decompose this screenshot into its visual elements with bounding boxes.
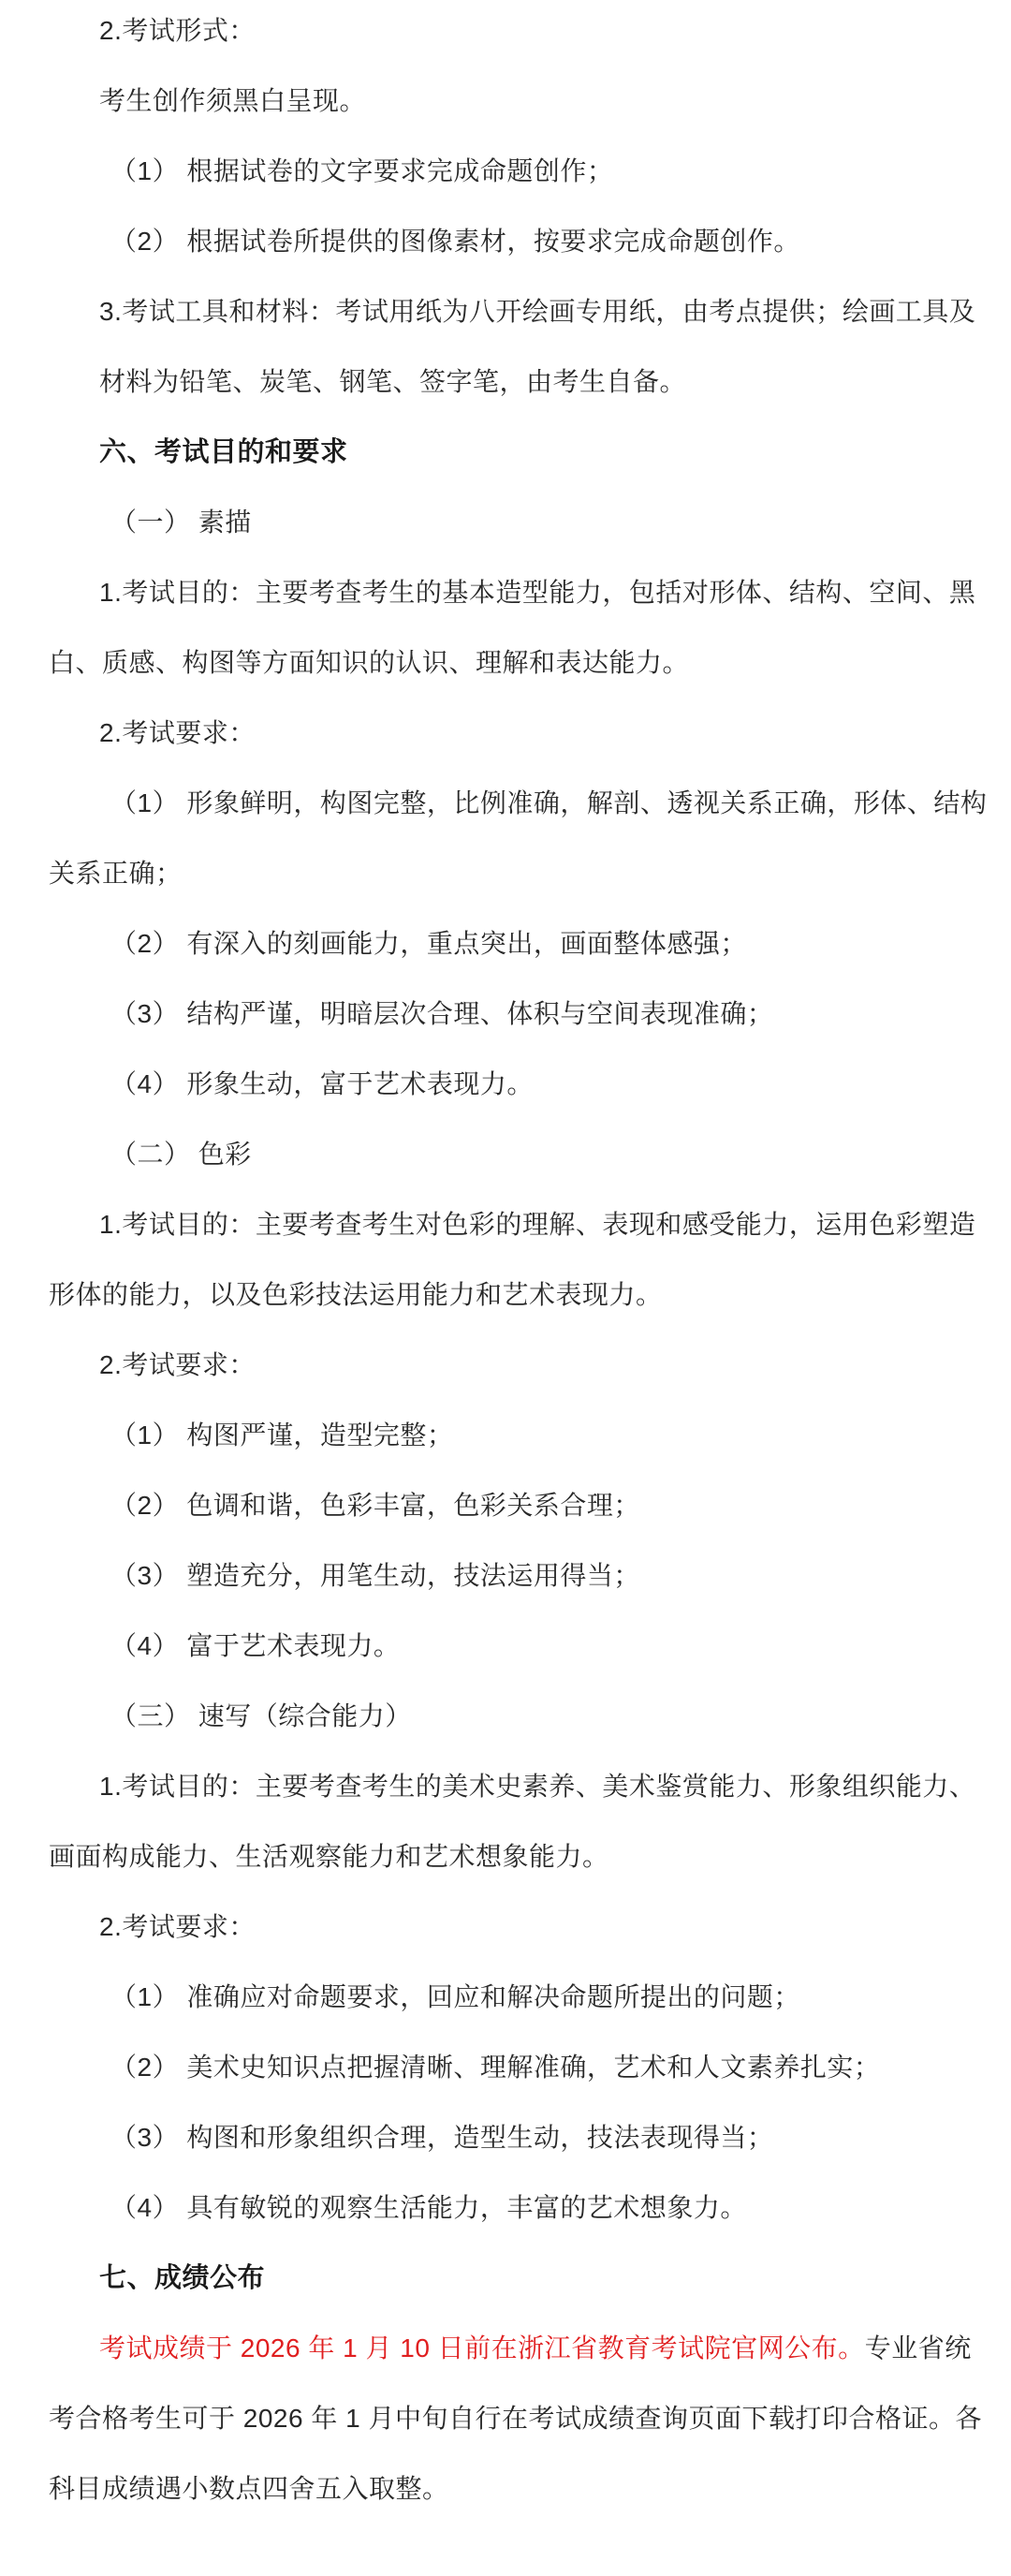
text-segment: （二） 色彩 — [110, 1140, 252, 1169]
text-segment: （2） 色调和谐，色彩丰富，色彩关系合理； — [110, 1491, 640, 1520]
text-segment: 画面构成能力、生活观察能力和艺术想象能力。 — [49, 1842, 609, 1871]
text-line: （3） 结构严谨，明暗层次合理、体积与空间表现准确； — [0, 998, 1011, 1068]
text-segment: 材料为铅笔、炭笔、钢笔、签字笔，由考生自备。 — [99, 367, 686, 396]
text-segment: （3） 塑造充分，用笔生动，技法运用得当； — [110, 1561, 640, 1590]
text-line: 考合格考生可于 2026 年 1 月中旬自行在考试成绩查询页面下载打印合格证。各 — [0, 2403, 1011, 2473]
text-line: 白、质感、构图等方面知识的认识、理解和表达能力。 — [0, 647, 1011, 717]
text-segment: 1.考试目的：主要考查考生的美术史素养、美术鉴赏能力、形象组织能力、 — [99, 1772, 975, 1801]
text-line: （1） 根据试卷的文字要求完成命题创作； — [0, 155, 1011, 226]
text-line: （3） 塑造充分，用笔生动，技法运用得当； — [0, 1560, 1011, 1630]
section-heading: 六、考试目的和要求 — [0, 436, 1011, 507]
text-line: 2.考试形式： — [0, 15, 1011, 85]
text-line: 2.考试要求： — [0, 717, 1011, 788]
text-segment: （4） 具有敏锐的观察生活能力，丰富的艺术想象力。 — [110, 2193, 747, 2222]
text-line: 1.考试目的：主要考查考生的基本造型能力，包括对形体、结构、空间、黑 — [0, 577, 1011, 647]
text-line: （一） 素描 — [0, 507, 1011, 577]
text-line: 1.考试目的：主要考查考生的美术史素养、美术鉴赏能力、形象组织能力、 — [0, 1771, 1011, 1841]
text-segment: （4） 形象生动，富于艺术表现力。 — [110, 1069, 534, 1098]
text-segment: 专业省统 — [865, 2333, 972, 2363]
text-segment: 2.考试要求： — [99, 1912, 256, 1941]
text-line: （4） 富于艺术表现力。 — [0, 1630, 1011, 1700]
text-line: （4） 形象生动，富于艺术表现力。 — [0, 1068, 1011, 1139]
text-line: 科目成绩遇小数点四舍五入取整。 — [0, 2473, 1011, 2543]
text-line: 考生创作须黑白呈现。 — [0, 85, 1011, 155]
text-line: （二） 色彩 — [0, 1139, 1011, 1209]
text-segment: 考生创作须黑白呈现。 — [99, 86, 366, 115]
text-segment: 3.考试工具和材料：考试用纸为八开绘画专用纸，由考点提供；绘画工具及 — [99, 297, 975, 326]
text-line: 画面构成能力、生活观察能力和艺术想象能力。 — [0, 1841, 1011, 1911]
text-line: 3.考试工具和材料：考试用纸为八开绘画专用纸，由考点提供；绘画工具及 — [0, 296, 1011, 366]
text-line: （1） 准确应对命题要求，回应和解决命题所提出的问题； — [0, 1981, 1011, 2052]
text-segment: （3） 构图和形象组织合理，造型生动，技法表现得当； — [110, 2123, 773, 2152]
text-line: 形体的能力，以及色彩技法运用能力和艺术表现力。 — [0, 1279, 1011, 1349]
text-line: 考试成绩于 2026 年 1 月 10 日前在浙江省教育考试院官网公布。专业省统 — [0, 2333, 1011, 2403]
text-segment: （4） 富于艺术表现力。 — [110, 1631, 400, 1660]
text-segment: （1） 根据试卷的文字要求完成命题创作； — [110, 156, 613, 185]
text-segment: （2） 根据试卷所提供的图像素材，按要求完成命题创作。 — [110, 227, 800, 256]
text-line: 1.考试目的：主要考查考生对色彩的理解、表现和感受能力，运用色彩塑造 — [0, 1209, 1011, 1279]
text-segment: （2） 有深入的刻画能力，重点突出，画面整体感强； — [110, 929, 747, 958]
text-line: （2） 美术史知识点把握清晰、理解准确，艺术和人文素养扎实； — [0, 2052, 1011, 2122]
text-line: 关系正确； — [0, 858, 1011, 928]
text-line: 2.考试要求： — [0, 1349, 1011, 1420]
text-segment: （1） 形象鲜明，构图完整，比例准确，解剖、透视关系正确，形体、结构 — [110, 788, 987, 817]
text-segment: 2.考试要求： — [99, 1350, 256, 1379]
text-line: （2） 有深入的刻画能力，重点突出，画面整体感强； — [0, 928, 1011, 998]
text-line: （1） 构图严谨，造型完整； — [0, 1420, 1011, 1490]
text-segment: （一） 素描 — [110, 508, 252, 537]
text-segment: 七、成绩公布 — [99, 2263, 265, 2293]
text-segment: （三） 速写（综合能力） — [110, 1701, 412, 1730]
text-line: 2.考试要求： — [0, 1911, 1011, 1981]
text-line: （3） 构图和形象组织合理，造型生动，技法表现得当； — [0, 2122, 1011, 2192]
section-heading: 七、成绩公布 — [0, 2262, 1011, 2333]
highlighted-text: 考试成绩于 2026 年 1 月 10 日前在浙江省教育考试院官网公布。 — [99, 2333, 865, 2363]
document-page: 2.考试形式：考生创作须黑白呈现。（1） 根据试卷的文字要求完成命题创作；（2）… — [0, 0, 1011, 2576]
document-body: 2.考试形式：考生创作须黑白呈现。（1） 根据试卷的文字要求完成命题创作；（2）… — [0, 15, 1011, 2543]
text-segment: （2） 美术史知识点把握清晰、理解准确，艺术和人文素养扎实； — [110, 2053, 880, 2082]
text-line: （2） 根据试卷所提供的图像素材，按要求完成命题创作。 — [0, 226, 1011, 296]
text-segment: 1.考试目的：主要考查考生的基本造型能力，包括对形体、结构、空间、黑 — [99, 578, 975, 607]
text-segment: 白、质感、构图等方面知识的认识、理解和表达能力。 — [49, 648, 689, 677]
text-segment: 2.考试要求： — [99, 718, 256, 747]
text-line: （4） 具有敏锐的观察生活能力，丰富的艺术想象力。 — [0, 2192, 1011, 2262]
text-line: （1） 形象鲜明，构图完整，比例准确，解剖、透视关系正确，形体、结构 — [0, 788, 1011, 858]
text-segment: 2.考试形式： — [99, 16, 256, 45]
text-segment: 形体的能力，以及色彩技法运用能力和艺术表现力。 — [49, 1280, 663, 1309]
text-line: （2） 色调和谐，色彩丰富，色彩关系合理； — [0, 1490, 1011, 1560]
text-line: 材料为铅笔、炭笔、钢笔、签字笔，由考生自备。 — [0, 366, 1011, 436]
text-line: （三） 速写（综合能力） — [0, 1700, 1011, 1771]
text-segment: （1） 构图严谨，造型完整； — [110, 1420, 453, 1450]
text-segment: 1.考试目的：主要考查考生对色彩的理解、表现和感受能力，运用色彩塑造 — [99, 1210, 975, 1239]
text-segment: 关系正确； — [49, 859, 183, 888]
text-segment: （3） 结构严谨，明暗层次合理、体积与空间表现准确； — [110, 999, 773, 1028]
text-segment: 六、考试目的和要求 — [99, 437, 348, 467]
text-segment: （1） 准确应对命题要求，回应和解决命题所提出的问题； — [110, 1982, 800, 2011]
text-segment: 科目成绩遇小数点四舍五入取整。 — [49, 2474, 449, 2503]
text-segment: 考合格考生可于 2026 年 1 月中旬自行在考试成绩查询页面下载打印合格证。各 — [49, 2404, 982, 2433]
